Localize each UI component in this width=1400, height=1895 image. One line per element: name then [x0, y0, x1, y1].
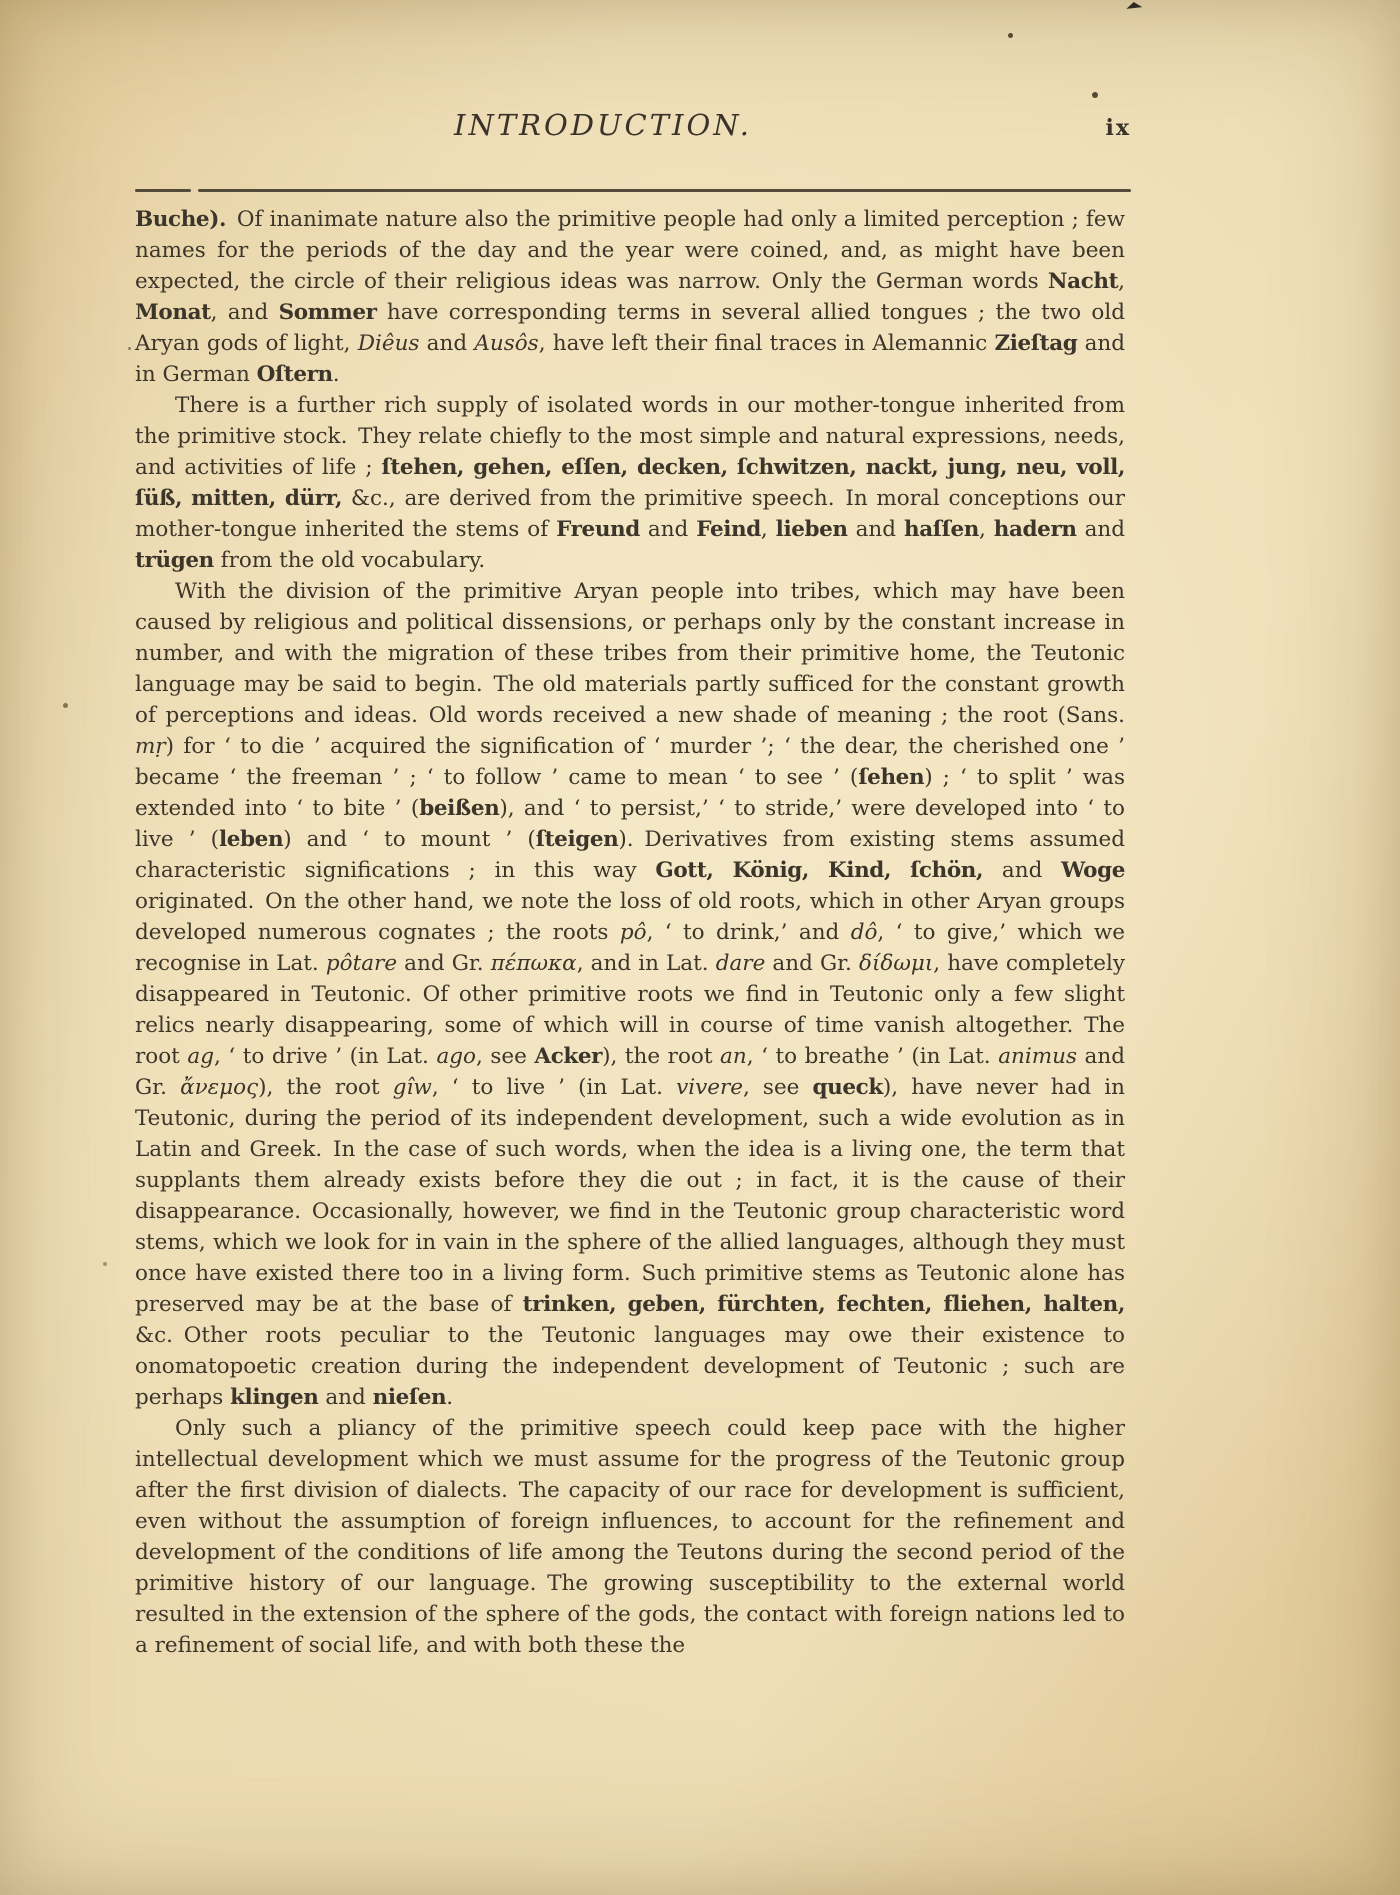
greek-text: ἄνεμος [180, 1075, 258, 1100]
body-text: With the division of the primitive Aryan… [135, 579, 1125, 728]
fraktur-text: hadern [994, 517, 1077, 542]
body-text: and Gr. [397, 951, 491, 976]
paper-speck [103, 1262, 107, 1266]
italic-text: pô [620, 920, 647, 945]
paragraph: Buche). Of inanimate nature also the pri… [135, 204, 1125, 390]
body-text: , ‘ to breathe ’ (in Lat. [747, 1044, 998, 1069]
page-header: INTRODUCTION. ix [135, 108, 1131, 168]
fraktur-text: klingen [230, 1385, 318, 1410]
body-text: , [979, 517, 994, 542]
fraktur-text: Sommer [279, 300, 377, 325]
page-number: ix [1106, 115, 1131, 141]
header-rule-short-segment [135, 189, 191, 192]
italic-text: animus [998, 1044, 1077, 1069]
italic-text: mṛ [135, 734, 166, 759]
paper-speck [1092, 92, 1098, 98]
paragraph: Only such a pliancy of the primitive spe… [135, 1413, 1125, 1661]
header-rule [135, 189, 1131, 192]
body-text: and [983, 858, 1061, 883]
body-text: , and in Lat. [577, 951, 716, 976]
scanned-book-page: { "page": { "title": "INTRODUCTION.", "p… [0, 0, 1400, 1895]
body-text: and Gr. [765, 951, 859, 976]
body-text: ), the root [258, 1075, 393, 1100]
body-text: and [640, 517, 696, 542]
body-text: and [848, 517, 904, 542]
body-text: and [318, 1385, 372, 1410]
fraktur-text: Zieſtag [994, 331, 1077, 356]
fraktur-text: trinken, geben, fürchten, fechten, flieh… [523, 1292, 1125, 1317]
fraktur-text: Gott, König, Kind, ſchön, [655, 858, 983, 883]
body-text: from the old vocabulary. [214, 548, 485, 573]
paragraph: With the division of the primitive Aryan… [135, 576, 1125, 1413]
greek-text: πέπωκα [491, 951, 577, 976]
page-body-text: Buche). Of inanimate nature also the pri… [135, 204, 1125, 1661]
fraktur-text: trügen [135, 548, 214, 573]
body-text: , [1118, 269, 1125, 294]
fraktur-text: beißen [419, 796, 499, 821]
page-title: INTRODUCTION. [135, 108, 1071, 142]
fraktur-text: lieben [776, 517, 848, 542]
fraktur-text: Oſtern [257, 362, 333, 387]
fraktur-text: Freund [556, 517, 640, 542]
italic-text: dare [716, 951, 766, 976]
body-text: and [1077, 517, 1125, 542]
body-text: , have left their final traces in Aleman… [539, 331, 995, 356]
body-text: , see [743, 1075, 813, 1100]
scan-artifact-caret [1126, 1, 1143, 9]
italic-text: gîw [393, 1075, 432, 1100]
fraktur-text: ſehen [858, 765, 924, 790]
italic-text: Diêus [358, 331, 420, 356]
body-text: , ‘ to live ’ (in Lat. [432, 1075, 676, 1100]
body-text: , ‘ to drive ’ (in Lat. [214, 1044, 436, 1069]
body-text: and [419, 331, 474, 356]
fraktur-text: nieſen [373, 1385, 447, 1410]
fraktur-text: Buche). [135, 207, 226, 232]
body-text: . [446, 1385, 453, 1410]
greek-text: δίδωμι [859, 951, 933, 976]
paper-speck [128, 347, 131, 350]
body-text: Of inanimate nature also the primitive p… [135, 207, 1125, 294]
fraktur-text: haſſen [904, 517, 979, 542]
fraktur-text: queck [813, 1075, 883, 1100]
italic-text: ag [187, 1044, 214, 1069]
body-text: , and [211, 300, 279, 325]
header-rule-long-segment [198, 189, 1131, 192]
paper-speck [63, 703, 68, 708]
italic-text: an [720, 1044, 747, 1069]
fraktur-text: ſteigen [536, 827, 619, 852]
fraktur-text: leben [219, 827, 283, 852]
body-text: Only such a pliancy of the primitive spe… [135, 1416, 1125, 1658]
italic-text: pôtare [326, 951, 397, 976]
fraktur-text: Acker [534, 1044, 602, 1069]
fraktur-text: Monat [135, 300, 211, 325]
body-text: . [333, 362, 340, 387]
fraktur-text: Woge [1061, 858, 1125, 883]
body-text: , [761, 517, 776, 542]
body-text: ), have never had in Teutonic, during th… [135, 1075, 1125, 1317]
body-text: , ‘ to drink,’ and [647, 920, 851, 945]
body-text: , see [476, 1044, 534, 1069]
paper-speck [1008, 33, 1013, 38]
fraktur-text: Feind [696, 517, 761, 542]
body-text: ), the root [602, 1044, 720, 1069]
italic-text: vivere [676, 1075, 743, 1100]
fraktur-text: Nacht [1048, 269, 1118, 294]
italic-text: Ausôs [474, 331, 538, 356]
italic-text: ago [436, 1044, 476, 1069]
body-text: ) and ‘ to mount ’ ( [283, 827, 536, 852]
paragraph: There is a further rich supply of isolat… [135, 390, 1125, 576]
italic-text: dô [851, 920, 878, 945]
